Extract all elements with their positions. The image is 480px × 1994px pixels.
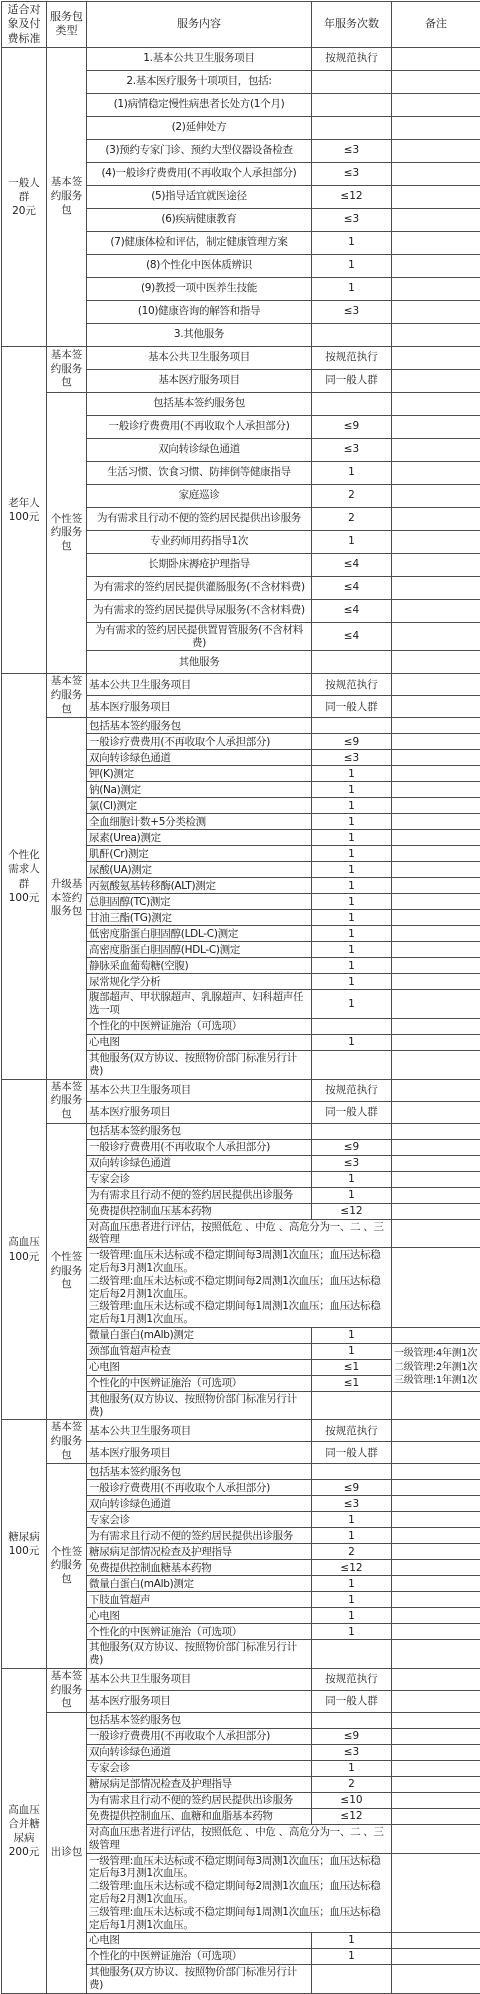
service-content-cell: 基本公共卫生服务项目 [87, 1079, 312, 1101]
group-cell: 高血压合并糖尿病 200元 [2, 1669, 47, 1994]
remark-cell [392, 1035, 480, 1051]
service-content-cell: 高密度脂蛋白胆固醇(HDL-C)测定 [87, 942, 312, 958]
service-count-cell: ≤9 [312, 1480, 392, 1496]
package-type-cell: 基本签约服务包 [47, 47, 87, 346]
service-count-cell [312, 323, 392, 346]
remark-cell [392, 1669, 480, 1691]
service-content-cell: 个性化的中医辨证施治（可选项） [87, 1375, 312, 1391]
service-count-cell [312, 1019, 392, 1035]
remark-cell [392, 1824, 480, 1853]
remark-cell [392, 1420, 480, 1442]
remark-cell [392, 1560, 480, 1576]
remark-cell [392, 862, 480, 878]
service-content-cell: 腹部超声、甲状腺超声、乳腺超声、妇科超声任选一项 [87, 990, 312, 1019]
service-content-cell: 包括基本签约服务包 [87, 392, 312, 415]
service-count-cell: 同一般人群 [312, 1101, 392, 1123]
package-type-cell: 个性签约服务包 [47, 1123, 87, 1420]
remark-cell [392, 674, 480, 696]
remark-cell [392, 1139, 480, 1155]
service-count-cell: ≤9 [312, 415, 392, 438]
remark-cell [392, 415, 480, 438]
group-cell: 老年人 100元 [2, 346, 47, 674]
service-count-cell: 1 [312, 1343, 392, 1359]
service-count-cell: 1 [312, 1933, 392, 1949]
remark-cell [392, 1760, 480, 1776]
service-content-cell: 其他服务(双方协议、按照物价部门标准另行计费) [87, 1640, 312, 1669]
service-content-cell: 双向转诊绿色通道 [87, 1744, 312, 1760]
service-count-cell: 1 [312, 974, 392, 990]
table-row: 老年人 100元基本签约服务包基本公共卫生服务项目按规范执行 [2, 346, 480, 369]
service-content-cell: 个性化的中医辨证施治（可选项） [87, 1949, 312, 1965]
service-count-cell: 按规范执行 [312, 1420, 392, 1442]
remark-cell [392, 507, 480, 530]
header-service-content: 服务内容 [87, 2, 312, 48]
service-count-cell: 按规范执行 [312, 674, 392, 696]
service-content-cell: 钾(K)测定 [87, 766, 312, 782]
service-count-cell: 2 [312, 507, 392, 530]
service-count-cell: ≤9 [312, 1728, 392, 1744]
service-count-cell: ≤3 [312, 300, 392, 323]
service-content-cell: 心电图 [87, 1933, 312, 1949]
remark-cell [392, 1123, 480, 1139]
group-cell: 一般人群 20元 [2, 47, 47, 346]
service-content-cell: 其他服务 [87, 651, 312, 674]
service-count-cell [312, 1123, 392, 1139]
service-content-cell: 尿素(Urea)测定 [87, 830, 312, 846]
service-count-cell: ≤9 [312, 734, 392, 750]
service-count-cell [312, 1051, 392, 1080]
remark-cell [392, 1019, 480, 1035]
service-count-cell: ≤3 [312, 1155, 392, 1171]
package-type-cell: 个性签约服务包 [47, 1464, 87, 1669]
remark-cell [392, 208, 480, 231]
remark-cell [392, 814, 480, 830]
service-content-cell: (1)病情稳定慢性病患者长处方(1个月) [87, 93, 312, 116]
service-content-cell: 1.基本公共卫生服务项目 [87, 47, 312, 70]
service-content-cell: 免费提供控制血糖基本药物 [87, 1560, 312, 1576]
service-content-cell: 微量白蛋白(mAlb)测定 [87, 1576, 312, 1592]
service-content-cell: 为有需求且行动不便的签约居民提供出诊服务 [87, 1792, 312, 1808]
remark-cell [392, 1792, 480, 1808]
remark-cell [392, 1728, 480, 1744]
remark-cell [392, 1853, 480, 1933]
service-content-cell: 一般诊疗费费用(不再收取个人承担部分) [87, 734, 312, 750]
service-content-cell: (7)健康体检和评估，制定健康管理方案 [87, 231, 312, 254]
service-content-cell: 基本公共卫生服务项目 [87, 1420, 312, 1442]
remark-cell [392, 93, 480, 116]
remark-cell [392, 974, 480, 990]
service-content-cell: 氯(Cl)测定 [87, 798, 312, 814]
service-content-cell: 为有需求且行动不便的签约居民提供出诊服务 [87, 1187, 312, 1203]
service-count-cell: ≤3 [312, 1496, 392, 1512]
remark-cell [392, 599, 480, 622]
service-content-cell: 包括基本签约服务包 [87, 1712, 312, 1728]
service-count-cell: 同一般人群 [312, 1442, 392, 1464]
service-content-cell: 总胆固醇(TC)测定 [87, 894, 312, 910]
remark-cell [392, 1576, 480, 1592]
service-content-cell: 一般诊疗费费用(不再收取个人承担部分) [87, 1480, 312, 1496]
service-content-cell: 丙氨酸氨基转移酶(ALT)测定 [87, 878, 312, 894]
remark-cell [392, 894, 480, 910]
package-type-cell: 升级基本签约服务包 [47, 718, 87, 1079]
remark-cell [392, 1155, 480, 1171]
remark-cell [392, 782, 480, 798]
service-count-cell: ≤12 [312, 1560, 392, 1576]
section-2: 个性化需求人群 100元基本签约服务包基本公共卫生服务项目按规范执行基本医疗服务… [2, 674, 480, 1079]
service-content-cell: 静脉采血葡萄糖(空腹) [87, 958, 312, 974]
remark-cell [392, 926, 480, 942]
service-content-cell: 糖尿病足部情况检查及护理指导 [87, 1544, 312, 1560]
table-row: 个性签约服务包包括基本签约服务包 [2, 392, 480, 415]
service-content-cell: 为有需求的签约居民提供导尿服务(不含材料费) [87, 599, 312, 622]
package-type-cell: 基本签约服务包 [47, 1420, 87, 1464]
remark-cell [392, 1712, 480, 1728]
remark-cell [392, 1965, 480, 1994]
remark-cell [392, 990, 480, 1019]
remark-cell [392, 323, 480, 346]
service-count-cell: 1 [312, 846, 392, 862]
service-count-cell: ≤12 [312, 1203, 392, 1219]
service-count-cell: 1 [312, 958, 392, 974]
service-count-cell [312, 651, 392, 674]
service-content-cell: 基本公共卫生服务项目 [87, 1669, 312, 1691]
service-content-cell: 专业药师用药指导1次 [87, 530, 312, 553]
service-count-cell: 2 [312, 1776, 392, 1792]
service-content-cell: 尿常规化学分析 [87, 974, 312, 990]
remark-cell [392, 1442, 480, 1464]
service-count-cell: 1 [312, 830, 392, 846]
service-content-cell: 糖尿病足部情况检查及护理指导 [87, 1776, 312, 1792]
service-count-cell: ≤3 [312, 438, 392, 461]
table-row: 糖尿病 100元基本签约服务包基本公共卫生服务项目按规范执行 [2, 1420, 480, 1442]
group-cell: 个性化需求人群 100元 [2, 674, 47, 1079]
service-content-cell: 双向转诊绿色通道 [87, 1496, 312, 1512]
service-content-cell: 长期卧床褥疮护理指导 [87, 553, 312, 576]
remark-cell [392, 1464, 480, 1480]
section-4: 糖尿病 100元基本签约服务包基本公共卫生服务项目按规范执行基本医疗服务项目同一… [2, 1420, 480, 1669]
remark-cell [392, 484, 480, 507]
remark-cell [392, 830, 480, 846]
service-count-cell: 1 [312, 1624, 392, 1640]
remark-cell [392, 1248, 480, 1328]
remark-cell [392, 1690, 480, 1712]
service-content-cell: (5)指导适宜就医途径 [87, 185, 312, 208]
service-count-cell: 同一般人群 [312, 369, 392, 392]
remark-cell [392, 846, 480, 862]
service-content-cell: (3)预约专家门诊、预约大型仪器设备检查 [87, 139, 312, 162]
service-content-cell: 其他服务(双方协议、按照物价部门标准另行计费) [87, 1051, 312, 1080]
package-type-cell: 基本签约服务包 [47, 1669, 87, 1713]
service-count-cell: 1 [312, 862, 392, 878]
service-content-cell: 心电图 [87, 1608, 312, 1624]
service-count-cell: 1 [312, 1187, 392, 1203]
service-count-cell [312, 1965, 392, 1994]
service-content-cell: 肌酐(Cr)测定 [87, 846, 312, 862]
remark-cell [392, 1101, 480, 1123]
service-count-cell [312, 718, 392, 734]
remark-cell [392, 1480, 480, 1496]
table-row: 个性签约服务包包括基本签约服务包 [2, 1464, 480, 1480]
remark-cell [392, 942, 480, 958]
remark-cell [392, 254, 480, 277]
package-type-cell: 个性签约服务包 [47, 392, 87, 674]
service-count-cell [312, 1712, 392, 1728]
service-count-cell: 1 [312, 798, 392, 814]
service-count-cell: 1 [312, 1327, 392, 1343]
service-count-cell: 按规范执行 [312, 346, 392, 369]
service-content-cell: 一级管理:血压未达标或不稳定期间每3周测1次血压；血压达标稳定后每3月测1次血压… [87, 1853, 392, 1933]
header-remark: 备注 [392, 2, 480, 48]
service-content-cell: (4)一般诊疗费费用(不再收取个人承担部分) [87, 162, 312, 185]
service-content-cell: 为有需求的签约居民提供灌肠服务(不含材料费) [87, 576, 312, 599]
service-content-cell: 基本医疗服务项目 [87, 1690, 312, 1712]
service-content-cell: 包括基本签约服务包 [87, 1464, 312, 1480]
remark-cell [392, 1624, 480, 1640]
service-content-cell: 其他服务(双方协议、按照物价部门标准另行计费) [87, 1965, 312, 1994]
service-content-cell: 微量白蛋白(mAlb)测定 [87, 1327, 312, 1343]
service-content-cell: 生活习惯、饮食习惯、防摔倒等健康指导 [87, 461, 312, 484]
service-content-cell: 钠(Na)测定 [87, 782, 312, 798]
service-count-cell: 1 [312, 1512, 392, 1528]
service-content-cell: 个性化的中医辨证施治（可选项） [87, 1624, 312, 1640]
service-count-cell: 1 [312, 942, 392, 958]
service-count-cell: 1 [312, 1608, 392, 1624]
remark-cell [392, 718, 480, 734]
remark-cell [392, 346, 480, 369]
service-content-cell: 心电图 [87, 1035, 312, 1051]
service-count-cell: 1 [312, 1760, 392, 1776]
remark-cell [392, 116, 480, 139]
service-count-cell: 按规范执行 [312, 1079, 392, 1101]
remark-cell [392, 369, 480, 392]
service-content-cell: 免费提供控制血压基本药物 [87, 1203, 312, 1219]
service-content-cell: 家庭巡诊 [87, 484, 312, 507]
service-content-cell: 为有需求的签约居民提供置胃管服务(不含材料费) [87, 622, 312, 651]
service-content-cell: 对高血压患者进行评估，按照低危 、中危 、高危分为一、二 、三级管理 [87, 1824, 392, 1853]
table-row: 一般人群 20元基本签约服务包1.基本公共卫生服务项目按规范执行 [2, 47, 480, 70]
group-cell: 糖尿病 100元 [2, 1420, 47, 1669]
header-package-type: 服务包类型 [47, 2, 87, 48]
service-content-cell: (10)健康咨询的解答和指导 [87, 300, 312, 323]
remark-cell [392, 696, 480, 718]
service-count-cell: 1 [312, 878, 392, 894]
remark-cell [392, 1640, 480, 1669]
service-count-cell: 1 [312, 1035, 392, 1051]
service-count-cell: ≤4 [312, 576, 392, 599]
service-count-cell: 按规范执行 [312, 47, 392, 70]
service-content-cell: 为有需求且行动不便的签约居民提供出诊服务 [87, 507, 312, 530]
service-count-cell: 1 [312, 782, 392, 798]
remark-cell [392, 1528, 480, 1544]
remark-cell [392, 1219, 480, 1248]
service-content-cell: 基本公共卫生服务项目 [87, 346, 312, 369]
group-cell: 高血压 100元 [2, 1079, 47, 1420]
remark-cell [392, 734, 480, 750]
service-count-cell: ≤3 [312, 1744, 392, 1760]
service-count-cell: ≤3 [312, 139, 392, 162]
service-count-cell [312, 392, 392, 415]
service-count-cell: 1 [312, 910, 392, 926]
service-content-cell: 一般诊疗费费用(不再收取个人承担部分) [87, 415, 312, 438]
service-count-cell: ≤1 [312, 1375, 392, 1391]
service-count-cell: 1 [312, 231, 392, 254]
service-content-cell: 基本医疗服务项目 [87, 696, 312, 718]
service-content-cell: (9)教授一项中医养生技能 [87, 277, 312, 300]
service-count-cell: 2 [312, 1544, 392, 1560]
remark-cell [392, 1933, 480, 1949]
service-count-cell: ≤3 [312, 208, 392, 231]
remark-cell [392, 162, 480, 185]
service-count-cell: ≤4 [312, 553, 392, 576]
service-count-cell: 1 [312, 766, 392, 782]
remark-cell [392, 798, 480, 814]
remark-cell [392, 576, 480, 599]
service-package-table: 适合对象及付费标准 服务包类型 服务内容 年服务次数 备注 一般人群 20元基本… [1, 1, 480, 1994]
table-row: 个性签约服务包包括基本签约服务包 [2, 1123, 480, 1139]
remark-cell [392, 1608, 480, 1624]
remark-cell [392, 530, 480, 553]
service-count-cell: 同一般人群 [312, 696, 392, 718]
service-content-cell: 基本医疗服务项目 [87, 369, 312, 392]
service-content-cell: 基本公共卫生服务项目 [87, 674, 312, 696]
service-count-cell [312, 93, 392, 116]
service-count-cell [312, 1464, 392, 1480]
table-row: 高血压合并糖尿病 200元基本签约服务包基本公共卫生服务项目按规范执行 [2, 1669, 480, 1691]
service-count-cell [312, 1640, 392, 1669]
service-content-cell: 全血细胞计数+5分类检测 [87, 814, 312, 830]
service-count-cell [312, 1391, 392, 1420]
service-content-cell: 为有需求且行动不便的签约居民提供出诊服务 [87, 1528, 312, 1544]
remark-cell [392, 1051, 480, 1080]
service-content-cell: 低密度脂蛋白胆固醇(LDL-C)测定 [87, 926, 312, 942]
service-count-cell: ≤12 [312, 185, 392, 208]
table-header-row: 适合对象及付费标准 服务包类型 服务内容 年服务次数 备注 [2, 2, 480, 48]
service-content-cell: 专家会诊 [87, 1512, 312, 1528]
remark-cell [392, 1079, 480, 1101]
remark-cell [392, 70, 480, 93]
service-content-cell: 2.基本医疗服务十项项目，包括: [87, 70, 312, 93]
service-count-cell: 1 [312, 1949, 392, 1965]
service-content-cell: 个性化的中医辨证施治（可选项） [87, 1019, 312, 1035]
service-count-cell: 1 [312, 814, 392, 830]
service-count-cell: 同一般人群 [312, 1690, 392, 1712]
service-content-cell: 其他服务(双方协议、按照物价部门标准另行计费) [87, 1391, 312, 1420]
remark-cell [392, 1776, 480, 1792]
service-count-cell [312, 116, 392, 139]
service-content-cell: 甘油三酯(TG)测定 [87, 910, 312, 926]
remark-cell [392, 392, 480, 415]
section-0: 一般人群 20元基本签约服务包1.基本公共卫生服务项目按规范执行2.基本医疗服务… [2, 47, 480, 346]
remark-cell [392, 622, 480, 651]
service-content-cell: 对高血压患者进行评估，按照低危 、中危 、高危分为一、二 、三级管理 [87, 1219, 392, 1248]
service-content-cell: 一般诊疗费费用(不再收取个人承担部分) [87, 1728, 312, 1744]
service-count-cell: ≤4 [312, 622, 392, 651]
remark-cell: 一级管理:4年测1次 二级管理:2年测1次 三级管理:1年测1次 [392, 1343, 480, 1391]
service-content-cell: 尿酸(UA)测定 [87, 862, 312, 878]
service-count-cell: ≤3 [312, 162, 392, 185]
remark-cell [392, 185, 480, 208]
service-count-cell: 1 [312, 1576, 392, 1592]
remark-cell [392, 1327, 480, 1343]
service-count-cell: ≤1 [312, 1359, 392, 1375]
remark-cell [392, 1203, 480, 1219]
remark-cell [392, 553, 480, 576]
service-content-cell: 下肢血管超声 [87, 1592, 312, 1608]
service-count-cell: ≤10 [312, 1792, 392, 1808]
table-row: 个性化需求人群 100元基本签约服务包基本公共卫生服务项目按规范执行 [2, 674, 480, 696]
service-content-cell: 包括基本签约服务包 [87, 718, 312, 734]
remark-cell [392, 47, 480, 70]
service-count-cell: ≤9 [312, 1139, 392, 1155]
service-content-cell: 双向转诊绿色通道 [87, 1155, 312, 1171]
remark-cell [392, 277, 480, 300]
table-row: 高血压 100元基本签约服务包基本公共卫生服务项目按规范执行 [2, 1079, 480, 1101]
remark-cell [392, 958, 480, 974]
section-3: 高血压 100元基本签约服务包基本公共卫生服务项目按规范执行基本医疗服务项目同一… [2, 1079, 480, 1420]
header-target-and-fee: 适合对象及付费标准 [2, 2, 47, 48]
remark-cell [392, 1808, 480, 1824]
section-5: 高血压合并糖尿病 200元基本签约服务包基本公共卫生服务项目按规范执行基本医疗服… [2, 1669, 480, 1994]
service-count-cell: 按规范执行 [312, 1669, 392, 1691]
remark-cell [392, 1391, 480, 1420]
service-count-cell: 1 [312, 1528, 392, 1544]
service-content-cell: 心电图 [87, 1359, 312, 1375]
remark-cell [392, 651, 480, 674]
remark-cell [392, 1592, 480, 1608]
service-content-cell: (6)疾病健康教育 [87, 208, 312, 231]
remark-cell [392, 438, 480, 461]
section-1: 老年人 100元基本签约服务包基本公共卫生服务项目按规范执行基本医疗服务项目同一… [2, 346, 480, 674]
service-content-cell: 双向转诊绿色通道 [87, 750, 312, 766]
package-type-cell: 基本签约服务包 [47, 1079, 87, 1123]
package-type-cell: 基本签约服务包 [47, 346, 87, 392]
service-count-cell: 1 [312, 461, 392, 484]
service-count-cell: ≤12 [312, 1808, 392, 1824]
service-content-cell: 一级管理:血压未达标或不稳定期间每3周测1次血压；血压达标稳定后每3月测1次血压… [87, 1248, 392, 1328]
service-content-cell: 专家会诊 [87, 1760, 312, 1776]
service-content-cell: 基本医疗服务项目 [87, 1442, 312, 1464]
service-count-cell: ≤3 [312, 750, 392, 766]
remark-cell [392, 300, 480, 323]
table-row: 出诊包包括基本签约服务包 [2, 1712, 480, 1728]
remark-cell [392, 1744, 480, 1760]
package-type-cell: 出诊包 [47, 1712, 87, 1993]
remark-cell [392, 139, 480, 162]
remark-cell [392, 1949, 480, 1965]
remark-cell [392, 231, 480, 254]
remark-cell [392, 1171, 480, 1187]
remark-cell [392, 766, 480, 782]
service-count-cell: ≤4 [312, 599, 392, 622]
service-count-cell [312, 70, 392, 93]
service-count-cell: 1 [312, 894, 392, 910]
service-content-cell: 3.其他服务 [87, 323, 312, 346]
service-content-cell: 双向转诊绿色通道 [87, 438, 312, 461]
remark-cell [392, 1512, 480, 1528]
service-content-cell: 专家会诊 [87, 1171, 312, 1187]
service-content-cell: 基本医疗服务项目 [87, 1101, 312, 1123]
header-annual-count: 年服务次数 [312, 2, 392, 48]
service-count-cell: 1 [312, 254, 392, 277]
service-content-cell: 一般诊疗费费用(不再收取个人承担部分) [87, 1139, 312, 1155]
service-content-cell: 颈部血管超声检查 [87, 1343, 312, 1359]
package-type-cell: 基本签约服务包 [47, 674, 87, 718]
service-content-cell: 免费提供控制血压、血糖和血脂基本药物 [87, 1808, 312, 1824]
remark-cell [392, 878, 480, 894]
service-count-cell: 2 [312, 484, 392, 507]
remark-cell [392, 910, 480, 926]
service-count-cell: 1 [312, 1171, 392, 1187]
